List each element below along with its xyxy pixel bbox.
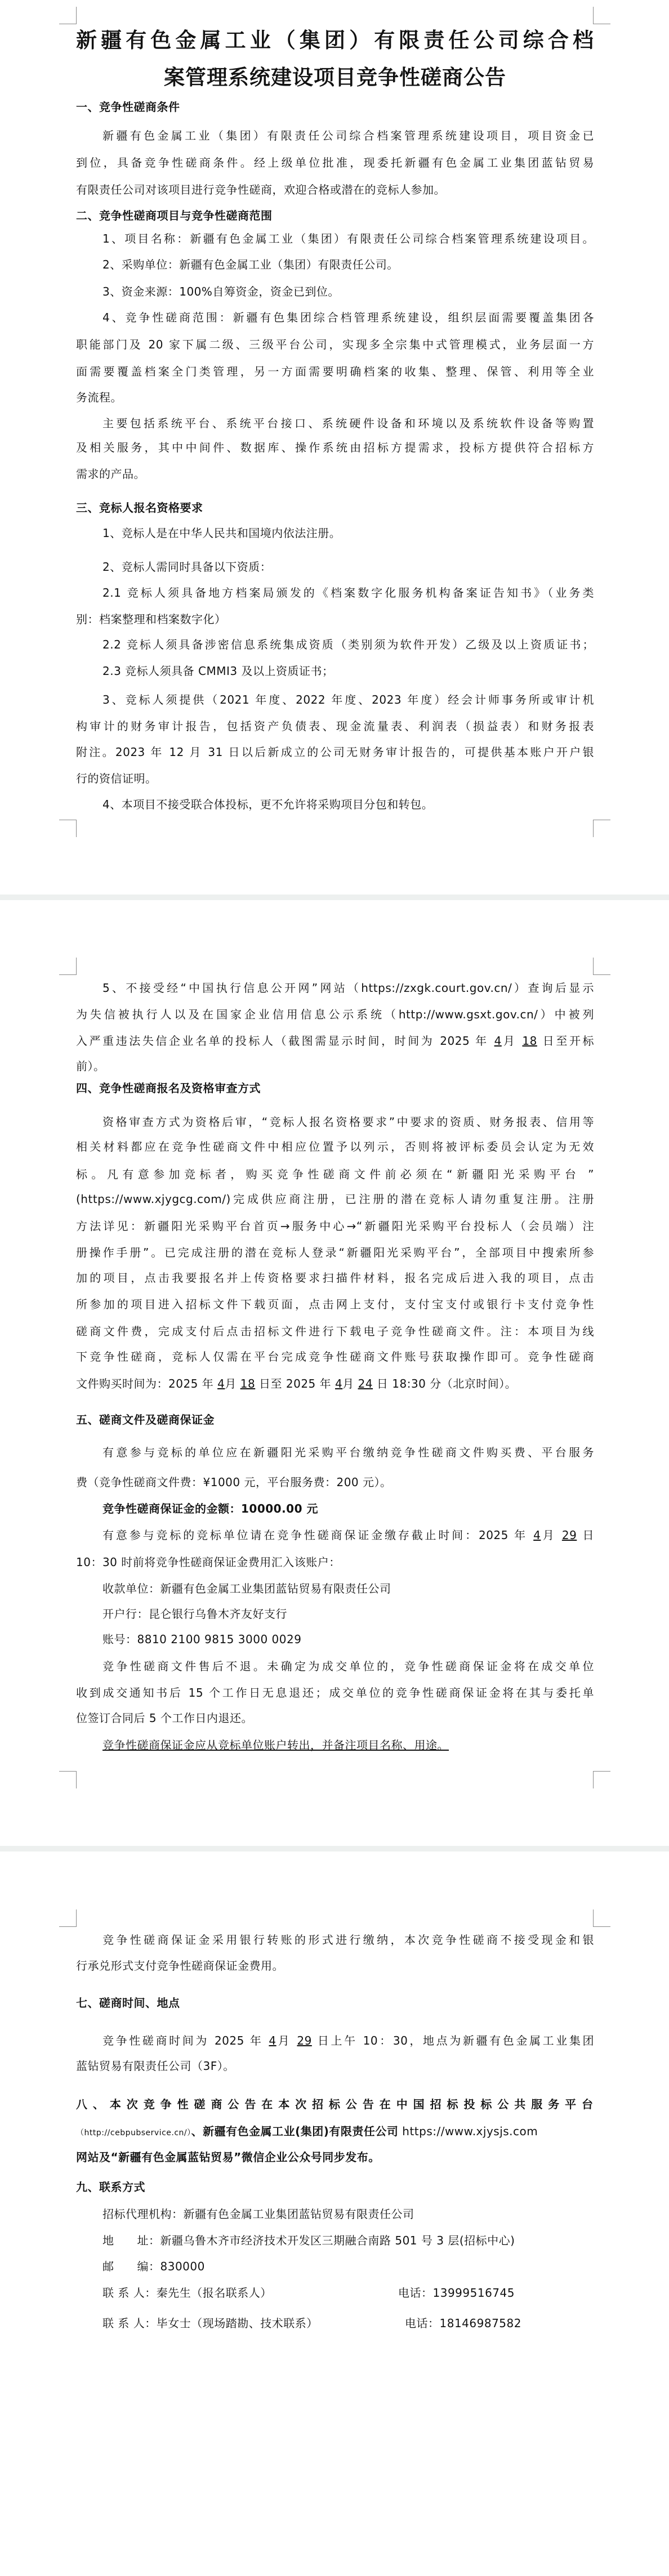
text: 月 [276, 2034, 297, 2047]
list-item-project-name: 1、项目名称：新疆有色金属工业（集团）有限责任公司综合档案管理系统建设项目。 [102, 231, 594, 246]
page-3: 竞争性磋商保证金采用银行转账的形式进行缴纳，本次竞争性磋商不接受现金和银 行承兑… [0, 1851, 669, 2576]
corner-mark [593, 7, 610, 24]
text: 入严重违法失信企业名单的投标人（截图需显示时间，时间为 2025 年 [76, 1034, 494, 1048]
zip-line: 邮 编：830000 [102, 2259, 594, 2274]
paragraph-line: 收到成交通知书后 15 个工作日无息退还；成交单位的竞争性磋商保证金将在其与委托… [76, 1685, 594, 1700]
list-item: 2.3 竞标人须具备 CMMI3 及以上资质证书； [102, 664, 594, 678]
phone-value: 18146987582 [440, 2316, 521, 2330]
paragraph-line: 所参加的项目进入招标文件下载页面，点击网上支付，支付宝支付或银行卡支付竞争性 [76, 1297, 594, 1312]
corner-mark [59, 820, 77, 837]
contact-row: 联 系 人：毕女士（现场踏勘、技术联系） 电话：18146987582 [102, 2316, 594, 2331]
page-separator [0, 895, 669, 900]
text: 文件购买时间为：2025 年 [76, 1377, 217, 1390]
section-heading-1: 一、竞争性磋商条件 [76, 100, 594, 114]
paragraph-line: 入严重违法失信企业名单的投标人（截图需显示时间，时间为 2025 年 4月 18… [76, 1034, 594, 1048]
paragraph-line: 到位，具备竞争性磋商条件。经上级单位批准，现委托新疆有色金属工业集团蓝钻贸易 [76, 155, 594, 170]
zip-label: 邮 编： [102, 2260, 160, 2273]
paragraph-line: 册操作手册”。已完成注册的潜在竞标人登录“新疆阳光采购平台”，全部项目中搜索所参 [76, 1245, 594, 1260]
contact-label: 联 系 人： [102, 2286, 157, 2300]
month-value: 4 [494, 1034, 502, 1048]
paragraph-line: 行承兑形式支付竞争性磋商保证金费用。 [76, 1958, 594, 1973]
deposit-amount: 竞争性磋商保证金的金额：10000.00 元 [102, 1501, 594, 1516]
list-item-scope: 4、竞争性磋商范围：新疆有色集团综合档管理系统建设，组织层面需要覆盖集团各 [102, 310, 594, 325]
month-value: 4 [269, 2034, 276, 2047]
paragraph-line: 相关材料都应在竞争性磋商文件中相应位置予以列示，否则将被评标委员会认定为无效 [76, 1139, 594, 1154]
xjysjs-link[interactable]: https://www.xjysjs.com [398, 2125, 538, 2138]
contact-phone: 电话：18146987582 [405, 2316, 521, 2331]
text: 竞争性磋商时间为 2025 年 [102, 2034, 269, 2047]
section-heading-2: 二、竞争性磋商项目与竞争性磋商范围 [76, 208, 594, 223]
corner-mark [593, 1909, 610, 1927]
text: 有意参与竞标的竞标单位请在竞争性磋商保证金缴存截止时间：2025 年 [102, 1528, 533, 1542]
page-separator [0, 1846, 669, 1851]
paragraph-line: 加的项目，点击我要报名并上传资格要求扫描件材料，报名完成后进入我的项目，点击 [76, 1271, 594, 1285]
corner-mark [59, 1909, 77, 1927]
text: 日至开标 [537, 1034, 594, 1048]
list-item: 1、竞标人是在中华人民共和国境内依法注册。 [102, 526, 594, 540]
phone-value: 13999516745 [433, 2286, 515, 2300]
document-title-line-2: 案管理系统建设项目竞争性磋商公告 [76, 65, 594, 91]
transfer-note: 竞争性磋商保证金应从竞标单位账户转出，并备注项目名称、用途。 [102, 1738, 594, 1752]
address-line: 地 址：新疆乌鲁木齐市经济技术开发区三期融合南路 501 号 3 层(招标中心) [102, 2233, 594, 2248]
paragraph-line: 职能部门及 20 家下属二级、三级平台公司，实现多全宗集中式管理模式，业务层面一… [76, 337, 594, 352]
corner-mark [59, 958, 77, 975]
paragraph-line: 务流程。 [76, 390, 594, 405]
month-value: 4 [533, 1528, 541, 1542]
corner-mark [593, 958, 610, 975]
contact-phone: 电话：13999516745 [398, 2286, 515, 2300]
section-heading-3: 三、竞标人报名资格要求 [76, 500, 594, 515]
list-item: 5、不接受经“中国执行信息公开网”网站（https://zxgk.court.g… [102, 981, 594, 995]
corner-mark [59, 1771, 77, 1788]
list-item: 2.1 竞标人须具备地方档案局颁发的《档案数字化服务机构备案证告知书》（业务类 [102, 585, 594, 600]
text: 月 [225, 1377, 240, 1390]
corner-mark [59, 7, 77, 24]
month-value: 4 [217, 1377, 225, 1390]
paragraph-line: 附注。2023 年 12 月 31 日以后新成立的公司无财务审计报告的，可提供基… [76, 745, 594, 759]
contact-name: 毕女士（现场踏勘、技术联系） [157, 2316, 318, 2330]
page-1: 新疆有色金属工业（集团）有限责任公司综合档 案管理系统建设项目竞争性磋商公告 一… [0, 0, 669, 895]
text: 日上午 10：30，地点为新疆有色金属工业集团 [312, 2034, 594, 2047]
list-item: 3、竞标人须提供（2021 年度、2022 年度、2023 年度）经会计师事务所… [102, 692, 594, 707]
month-value: 4 [335, 1377, 342, 1390]
paragraph-line: 磋商文件费，完成支付后点击招标文件进行下载电子竞争性磋商文件。注：本项目为线 [76, 1324, 594, 1339]
paragraph-line: 为失信被执行人以及在国家企业信用信息公示系统（http://www.gsxt.g… [76, 1007, 594, 1022]
text: 月 [342, 1377, 358, 1390]
phone-label: 电话： [398, 2286, 433, 2300]
document-title-line-1: 新疆有色金属工业（集团）有限责任公司综合档 [76, 28, 594, 53]
negotiation-time-line: 竞争性磋商时间为 2025 年 4月 29 日上午 10：30，地点为新疆有色金… [102, 2033, 594, 2048]
day-value: 18 [240, 1377, 255, 1390]
paragraph-line: (https://www.xjygcg.com/)完成供应商注册，已注册的潜在竞… [76, 1192, 594, 1206]
text: 、新疆有色金属工业(集团)有限责任公司 [191, 2125, 399, 2138]
payee: 收款单位：新疆有色金属工业集团蓝钻贸易有限责任公司 [102, 1581, 594, 1596]
paragraph-line: 资格审查方式为资格后审，“竞标人报名资格要求”中要求的资质、财务报表、信用等 [102, 1115, 594, 1129]
paragraph-line: 有限责任公司对该项目进行竞争性磋商，欢迎合格或潜在的竞标人参加。 [76, 182, 594, 197]
text: 日至 2025 年 [255, 1377, 335, 1390]
paragraph-line: 需求的产品。 [76, 467, 594, 481]
paragraph-line: 新疆有色金属工业（集团）有限责任公司综合档案管理系统建设项目，项目资金已 [102, 128, 594, 143]
account-number: 账号：8810 2100 9815 3000 0029 [102, 1632, 594, 1647]
paragraph-line: 方法详见：新疆阳光采购平台首页→服务中心→“新疆阳光采购平台投标人（会员端）注 [76, 1219, 594, 1233]
cebpubservice-link[interactable]: （http://cebpubservice.cn/） [76, 2128, 191, 2137]
day-value: 24 [358, 1377, 373, 1390]
text: 月 [541, 1528, 561, 1542]
day-value: 29 [297, 2034, 311, 2047]
paragraph-line: 10：30 时前将竞争性磋商保证金费用汇入该账户： [76, 1555, 594, 1569]
purchase-time-line: 文件购买时间为：2025 年 4月 18 日至 2025 年 4月 24 日 1… [76, 1376, 594, 1391]
paragraph-line: 前）。 [76, 1059, 594, 1074]
list-item-purchaser: 2、采购单位：新疆有色金属工业（集团）有限责任公司。 [102, 257, 594, 272]
text: 日 18:30 分（北京时间）。 [373, 1377, 516, 1390]
paragraph-line: 主要包括系统平台、系统平台接口、系统硬件设备和环境以及系统软件设备等购置 [102, 416, 594, 431]
paragraph-line: 标。凡有意参加竞标者，购买竞争性磋商文件前必须在“新疆阳光采购平台 ” [76, 1167, 594, 1182]
deposit-deadline-line: 有意参与竞标的竞标单位请在竞争性磋商保证金缴存截止时间：2025 年 4月 29… [102, 1528, 594, 1542]
corner-mark [593, 820, 610, 837]
section-heading-5: 五、磋商文件及磋商保证金 [76, 1412, 594, 1427]
list-item: 4、本项目不接受联合体投标，更不允许将采购项目分包和转包。 [102, 797, 594, 812]
zip-value: 830000 [160, 2260, 205, 2273]
paragraph-line: 别：档案整理和档案数字化） [76, 612, 594, 627]
paragraph-line: 蓝钻贸易有限责任公司（3F）。 [76, 2059, 594, 2073]
contact-name: 秦先生（报名联系人） [157, 2286, 272, 2300]
paragraph-line: 竞争性磋商保证金采用银行转账的形式进行缴纳，本次竞争性磋商不接受现金和银 [102, 1933, 594, 1947]
section-heading-4: 四、竞争性磋商报名及资格审查方式 [76, 1081, 594, 1095]
address-value: 新疆乌鲁木齐市经济技术开发区三期融合南路 501 号 3 层(招标中心) [160, 2234, 515, 2247]
paragraph-line: 费（竞争性磋商文件费：¥1000 元，平台服务费：200 元）。 [76, 1475, 594, 1490]
paragraph-line: 及相关服务，其中中间件、数据库、操作系统由招标方提需求，投标方提供符合招标方 [76, 440, 594, 455]
paragraph-line: 位签订合同后 5 个工作日内退还。 [76, 1711, 594, 1725]
paragraph-line: 竞争性磋商文件售后不退。未确定为成交单位的，竞争性磋商保证金将在成交单位 [102, 1659, 594, 1674]
section-heading-9: 九、联系方式 [76, 2180, 594, 2194]
paragraph-line: 下竞争性磋商，竞标人仅需在平台完成竞争性磋商文件账号获取操作即可。竞争性磋商 [76, 1349, 594, 1364]
page-2: 5、不接受经“中国执行信息公开网”网站（https://zxgk.court.g… [0, 900, 669, 1846]
contact-row: 联 系 人：秦先生（报名联系人） 电话：13999516745 [102, 2286, 594, 2300]
bank-name: 开户行：昆仑银行乌鲁木齐友好支行 [102, 1607, 594, 1621]
section-heading-8: 八、本次竞争性磋商公告在本次招标公告在中国招标投标公共服务平台 [76, 2097, 594, 2112]
text: 月 [502, 1034, 523, 1048]
paragraph-line: 有意参与竞标的单位应在新疆阳光采购平台缴纳竞争性磋商文件购买费、平台服务 [102, 1445, 594, 1460]
list-item: 2、竞标人需同时具备以下资质： [102, 560, 594, 574]
day-value: 18 [522, 1034, 537, 1048]
publication-sites-line: （http://cebpubservice.cn/）、新疆有色金属工业(集团)有… [76, 2124, 594, 2139]
list-item: 2.2 竞标人须具备涉密信息系统集成资质（类别须为软件开发）乙级及以上资质证书； [102, 637, 594, 652]
address-label: 地 址： [102, 2234, 160, 2247]
corner-mark [593, 1771, 610, 1788]
agency: 招标代理机构：新疆有色金属工业集团蓝钻贸易有限责任公司 [102, 2207, 594, 2221]
section-heading-7: 七、磋商时间、地点 [76, 1996, 594, 2010]
paragraph-line: 行的资信证明。 [76, 771, 594, 786]
paragraph-line: 构审计的财务审计报告，包括资产负债表、现金流量表、利润表（损益表）和财务报表 [76, 719, 594, 734]
phone-label: 电话： [405, 2316, 440, 2330]
text: 日 [577, 1528, 594, 1542]
day-value: 29 [562, 1528, 577, 1542]
paragraph-line: 网站及“新疆有色金属蓝钻贸易”微信企业公众号同步发布。 [76, 2150, 594, 2164]
contact-label: 联 系 人： [102, 2316, 157, 2330]
paragraph-line: 面需要覆盖档案全门类管理，另一方面需要明确档案的收集、整理、保管、利用等全业 [76, 364, 594, 379]
list-item-funding: 3、资金来源：100%自筹资金，资金已到位。 [102, 284, 594, 299]
